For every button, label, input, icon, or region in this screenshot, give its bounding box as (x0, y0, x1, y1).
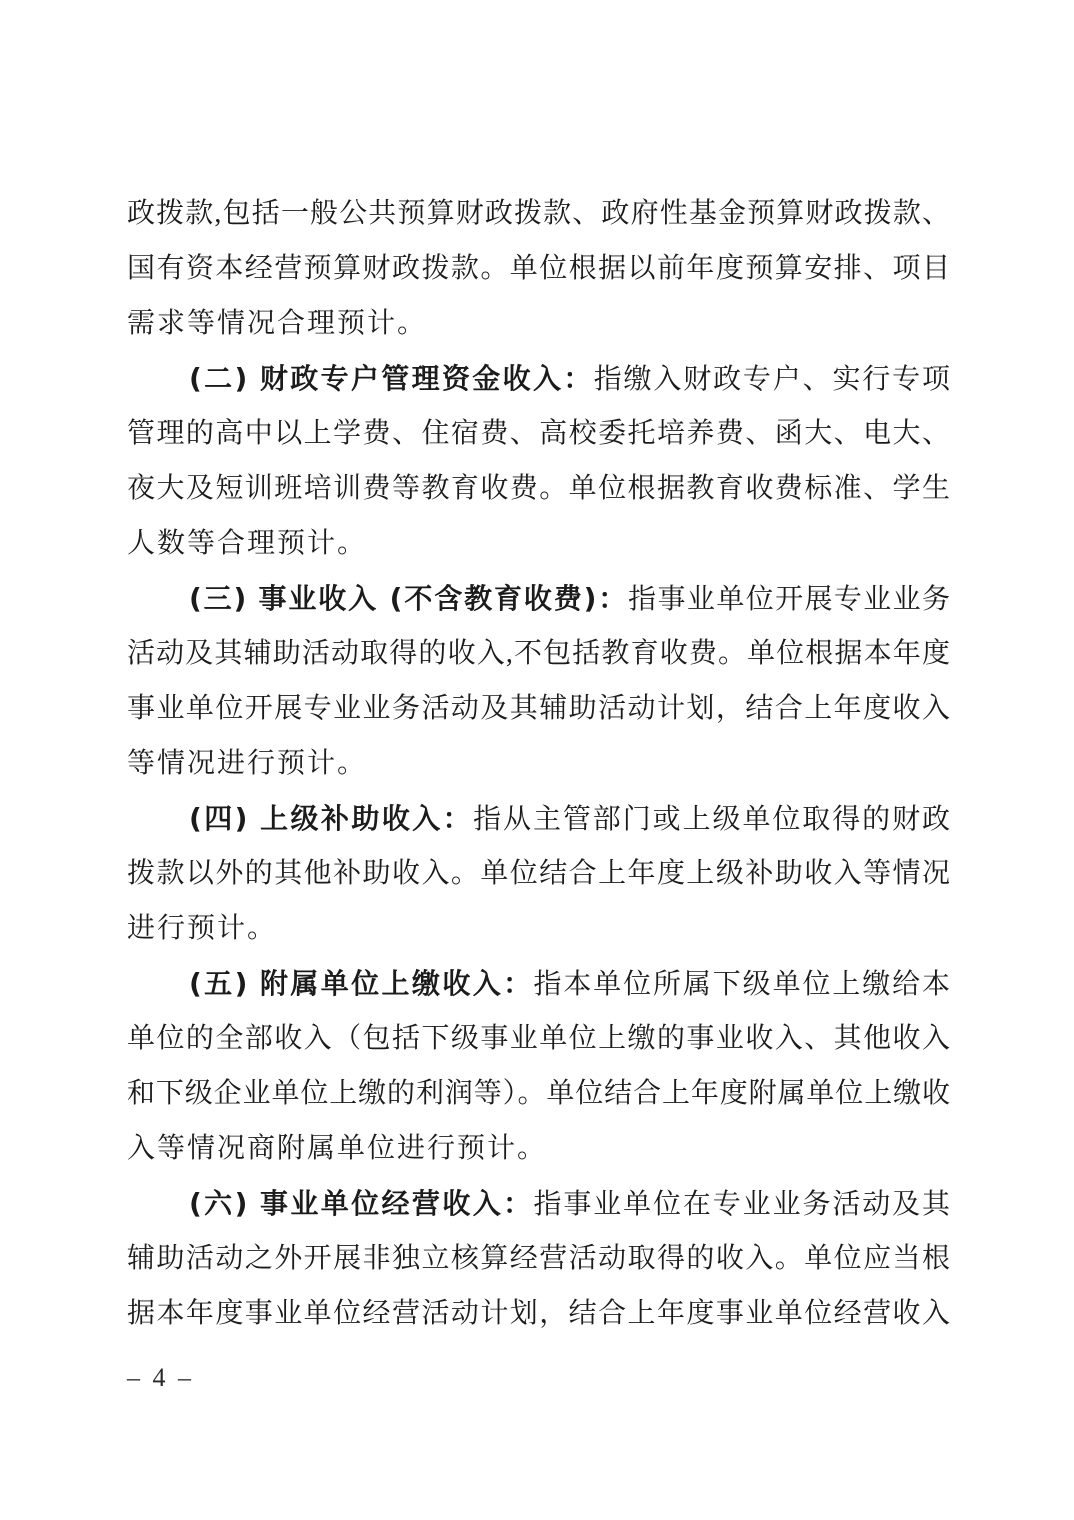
text-line: 管理的高中以上学费、住宿费、高校委托培养费、函大、电大、 (127, 406, 950, 461)
text-line: 政拨款,包括一般公共预算财政拨款、政府性基金预算财政拨款、 (127, 186, 950, 241)
text-line: (四) 上级补助收入：指从主管部门或上级单位取得的财政 (127, 791, 950, 846)
line-text: 指本单位所属下级单位上缴给本 (533, 969, 950, 1000)
line-text: 国有资本经营预算财政拨款。单位根据以前年度预算安排、项目 (127, 253, 950, 284)
text-line: (五) 附属单位上缴收入：指本单位所属下级单位上缴给本 (127, 956, 950, 1011)
line-text: 活动及其辅助活动取得的收入,不包括教育收费。单位根据本年度 (127, 638, 950, 669)
line-text: 指缴入财政专户、实行专项 (594, 364, 950, 395)
line-text: 拨款以外的其他补助收入。单位结合上年度上级补助收入等情况 (127, 858, 950, 889)
text-line: 事业单位开展专业业务活动及其辅助活动计划，结合上年度收入 (127, 681, 950, 736)
text-line: 国有资本经营预算财政拨款。单位根据以前年度预算安排、项目 (127, 241, 950, 296)
document-body: 政拨款,包括一般公共预算财政拨款、政府性基金预算财政拨款、国有资本经营预算财政拨… (127, 186, 950, 1341)
section-heading: (五) 附属单位上缴收入： (189, 967, 533, 1000)
line-text: 指事业单位开展专业业务 (628, 584, 950, 615)
line-text: 指从主管部门或上级单位取得的财政 (473, 804, 950, 835)
text-line: (六) 事业单位经营收入：指事业单位在专业业务活动及其 (127, 1176, 950, 1231)
text-line: 活动及其辅助活动取得的收入,不包括教育收费。单位根据本年度 (127, 626, 950, 681)
section-heading: (六) 事业单位经营收入： (189, 1187, 533, 1220)
text-line: 需求等情况合理预计。 (127, 296, 950, 351)
line-text: 等情况进行预计。 (127, 748, 367, 779)
line-text: 事业单位开展专业业务活动及其辅助活动计划，结合上年度收入 (127, 693, 950, 724)
line-text: 据本年度事业单位经营活动计划，结合上年度事业单位经营收入 (127, 1298, 950, 1329)
text-line: 据本年度事业单位经营活动计划，结合上年度事业单位经营收入 (127, 1286, 950, 1341)
text-line: 进行预计。 (127, 901, 950, 956)
text-line: 和下级企业单位上缴的利润等）。单位结合上年度附属单位上缴收 (127, 1066, 950, 1121)
section-heading: (三) 事业收入 (不含教育收费)： (189, 582, 628, 615)
text-line: 拨款以外的其他补助收入。单位结合上年度上级补助收入等情况 (127, 846, 950, 901)
line-text: 夜大及短训班培训费等教育收费。单位根据教育收费标准、学生 (127, 473, 950, 504)
text-line: 辅助活动之外开展非独立核算经营活动取得的收入。单位应当根 (127, 1231, 950, 1286)
section-heading: (四) 上级补助收入： (189, 802, 473, 835)
line-text: 进行预计。 (127, 913, 277, 944)
line-text: 管理的高中以上学费、住宿费、高校委托培养费、函大、电大、 (127, 418, 950, 449)
text-line: 入等情况商附属单位进行预计。 (127, 1121, 950, 1176)
text-line: (三) 事业收入 (不含教育收费)：指事业单位开展专业业务 (127, 571, 950, 626)
text-line: 夜大及短训班培训费等教育收费。单位根据教育收费标准、学生 (127, 461, 950, 516)
page-number: – 4 – (127, 1358, 194, 1398)
document-page: 政拨款,包括一般公共预算财政拨款、政府性基金预算财政拨款、国有资本经营预算财政拨… (0, 0, 1074, 1520)
line-text: 需求等情况合理预计。 (127, 308, 427, 339)
text-line: 等情况进行预计。 (127, 736, 950, 791)
line-text: 政拨款,包括一般公共预算财政拨款、政府性基金预算财政拨款、 (127, 198, 950, 229)
line-text: 指事业单位在专业业务活动及其 (533, 1189, 950, 1220)
text-line: 单位的全部收入（包括下级事业单位上缴的事业收入、其他收入 (127, 1011, 950, 1066)
line-text: 和下级企业单位上缴的利润等）。单位结合上年度附属单位上缴收 (127, 1078, 950, 1109)
line-text: 入等情况商附属单位进行预计。 (127, 1133, 547, 1164)
text-line: (二) 财政专户管理资金收入：指缴入财政专户、实行专项 (127, 351, 950, 406)
line-text: 单位的全部收入（包括下级事业单位上缴的事业收入、其他收入 (127, 1023, 950, 1054)
section-heading: (二) 财政专户管理资金收入： (189, 362, 594, 395)
line-text: 人数等合理预计。 (127, 528, 367, 559)
line-text: 辅助活动之外开展非独立核算经营活动取得的收入。单位应当根 (127, 1243, 950, 1274)
text-line: 人数等合理预计。 (127, 516, 950, 571)
